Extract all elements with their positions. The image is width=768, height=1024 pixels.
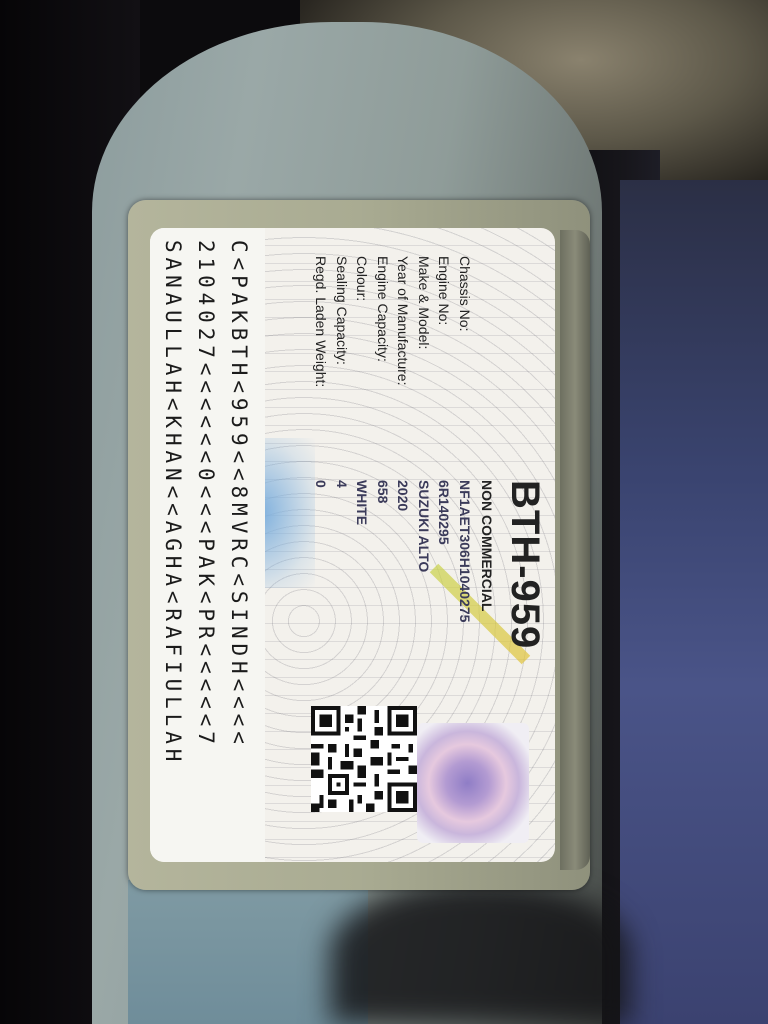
qr-code-icon: [311, 706, 417, 812]
field-values: NF1AET306H1040275 6R140295 SUZUKI ALTO 2…: [311, 480, 475, 622]
mrz-line-1: C<PAKBTH<959<<8MVRC<SINDH<<<<: [222, 240, 255, 766]
value-make-model: SUZUKI ALTO: [414, 480, 435, 622]
value-chassis: NF1AET306H1040275: [455, 480, 476, 622]
registration-card: BTH-959 NON COMMERCIAL Chassis No: Engin…: [150, 228, 555, 862]
label-year: Year of Manufacture:: [393, 256, 414, 387]
machine-readable-zone: C<PAKBTH<959<<8MVRC<SINDH<<<<2104027<<<<…: [156, 240, 255, 766]
value-colour: WHITE: [352, 480, 373, 622]
label-laden-weight: Regd. Laden Weight:: [311, 256, 332, 387]
mrz-line-3: SANAULLAH<KHAN<<AGHA<RAFIULLAH: [156, 240, 189, 766]
label-make-model: Make & Model:: [414, 256, 435, 387]
hologram-icon: [417, 723, 529, 843]
value-year: 2020: [393, 480, 414, 622]
mrz-line-2: 2104027<<<<<<0<<<PAK<PR<<<<<7: [189, 240, 222, 766]
shadow: [330, 880, 630, 1024]
registration-number: BTH-959: [502, 480, 547, 649]
vehicle-category: NON COMMERCIAL: [479, 480, 495, 611]
field-labels: Chassis No: Engine No: Make & Model: Yea…: [311, 256, 475, 387]
value-seating: 4: [332, 480, 353, 622]
sleeve-edge: [560, 230, 590, 870]
value-engine-capacity: 658: [373, 480, 394, 622]
label-colour: Colour:: [352, 256, 373, 387]
label-engine: Engine No:: [434, 256, 455, 387]
label-chassis: Chassis No:: [455, 256, 476, 387]
registration-card-area: BTH-959 NON COMMERCIAL Chassis No: Engin…: [150, 228, 555, 862]
value-laden-weight: 0: [311, 480, 332, 622]
label-engine-capacity: Engine Capacity:: [373, 256, 394, 387]
label-seating: Sealing Capacity:: [332, 256, 353, 387]
blue-jeans-background: [620, 180, 768, 1024]
value-engine: 6R140295: [434, 480, 455, 622]
